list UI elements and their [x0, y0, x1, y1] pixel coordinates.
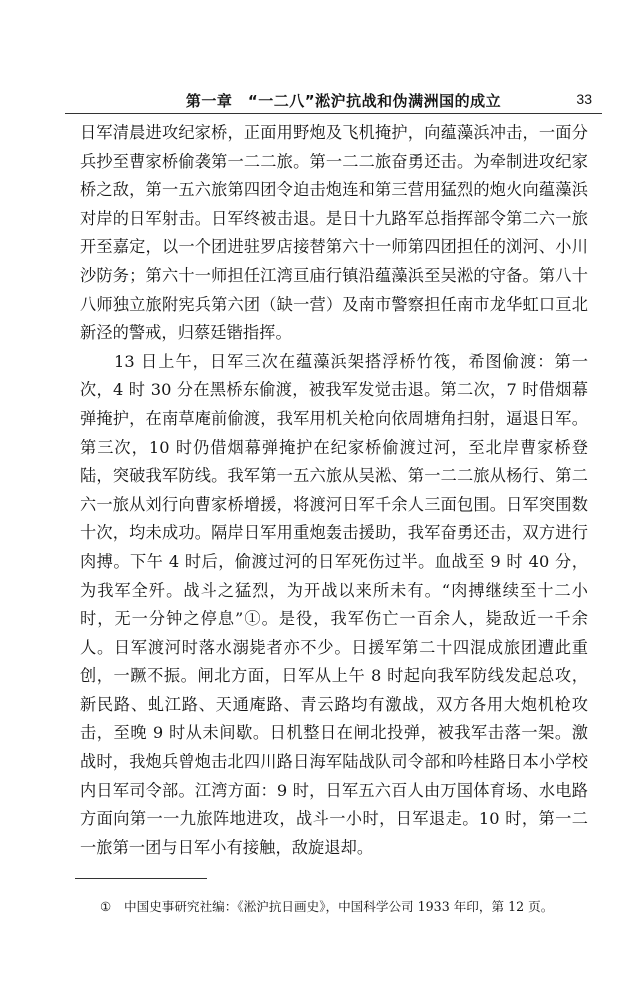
chapter-title: 第一章 “一二八”淞沪抗战和伪满洲国的成立 [65, 90, 602, 111]
paragraph-2: 13 日上午，日军三次在蕴藻浜架搭浮桥竹筏，希图偷渡：第一次，4 时 30 分在… [80, 348, 588, 863]
footnote: ①中国史事研究社编：《淞沪抗日画史》，中国科学公司 1933 年印，第 12 页… [100, 898, 553, 916]
footnote-text: 中国史事研究社编：《淞沪抗日画史》，中国科学公司 1933 年印，第 12 页。 [124, 899, 553, 914]
footnote-rule [75, 878, 207, 879]
paragraph-1: 日军清晨进攻纪家桥，正面用野炮及飞机掩护，向蕴藻浜冲击，一面分兵抄至曹家桥偷袭第… [80, 119, 588, 348]
page-number: 33 [576, 91, 592, 107]
running-head: 第一章 “一二八”淞沪抗战和伪满洲国的成立 33 [65, 88, 602, 112]
footnote-marker: ① [100, 898, 124, 916]
header-rule [65, 113, 602, 114]
body-text: 日军清晨进攻纪家桥，正面用野炮及飞机掩护，向蕴藻浜冲击，一面分兵抄至曹家桥偷袭第… [80, 119, 588, 862]
